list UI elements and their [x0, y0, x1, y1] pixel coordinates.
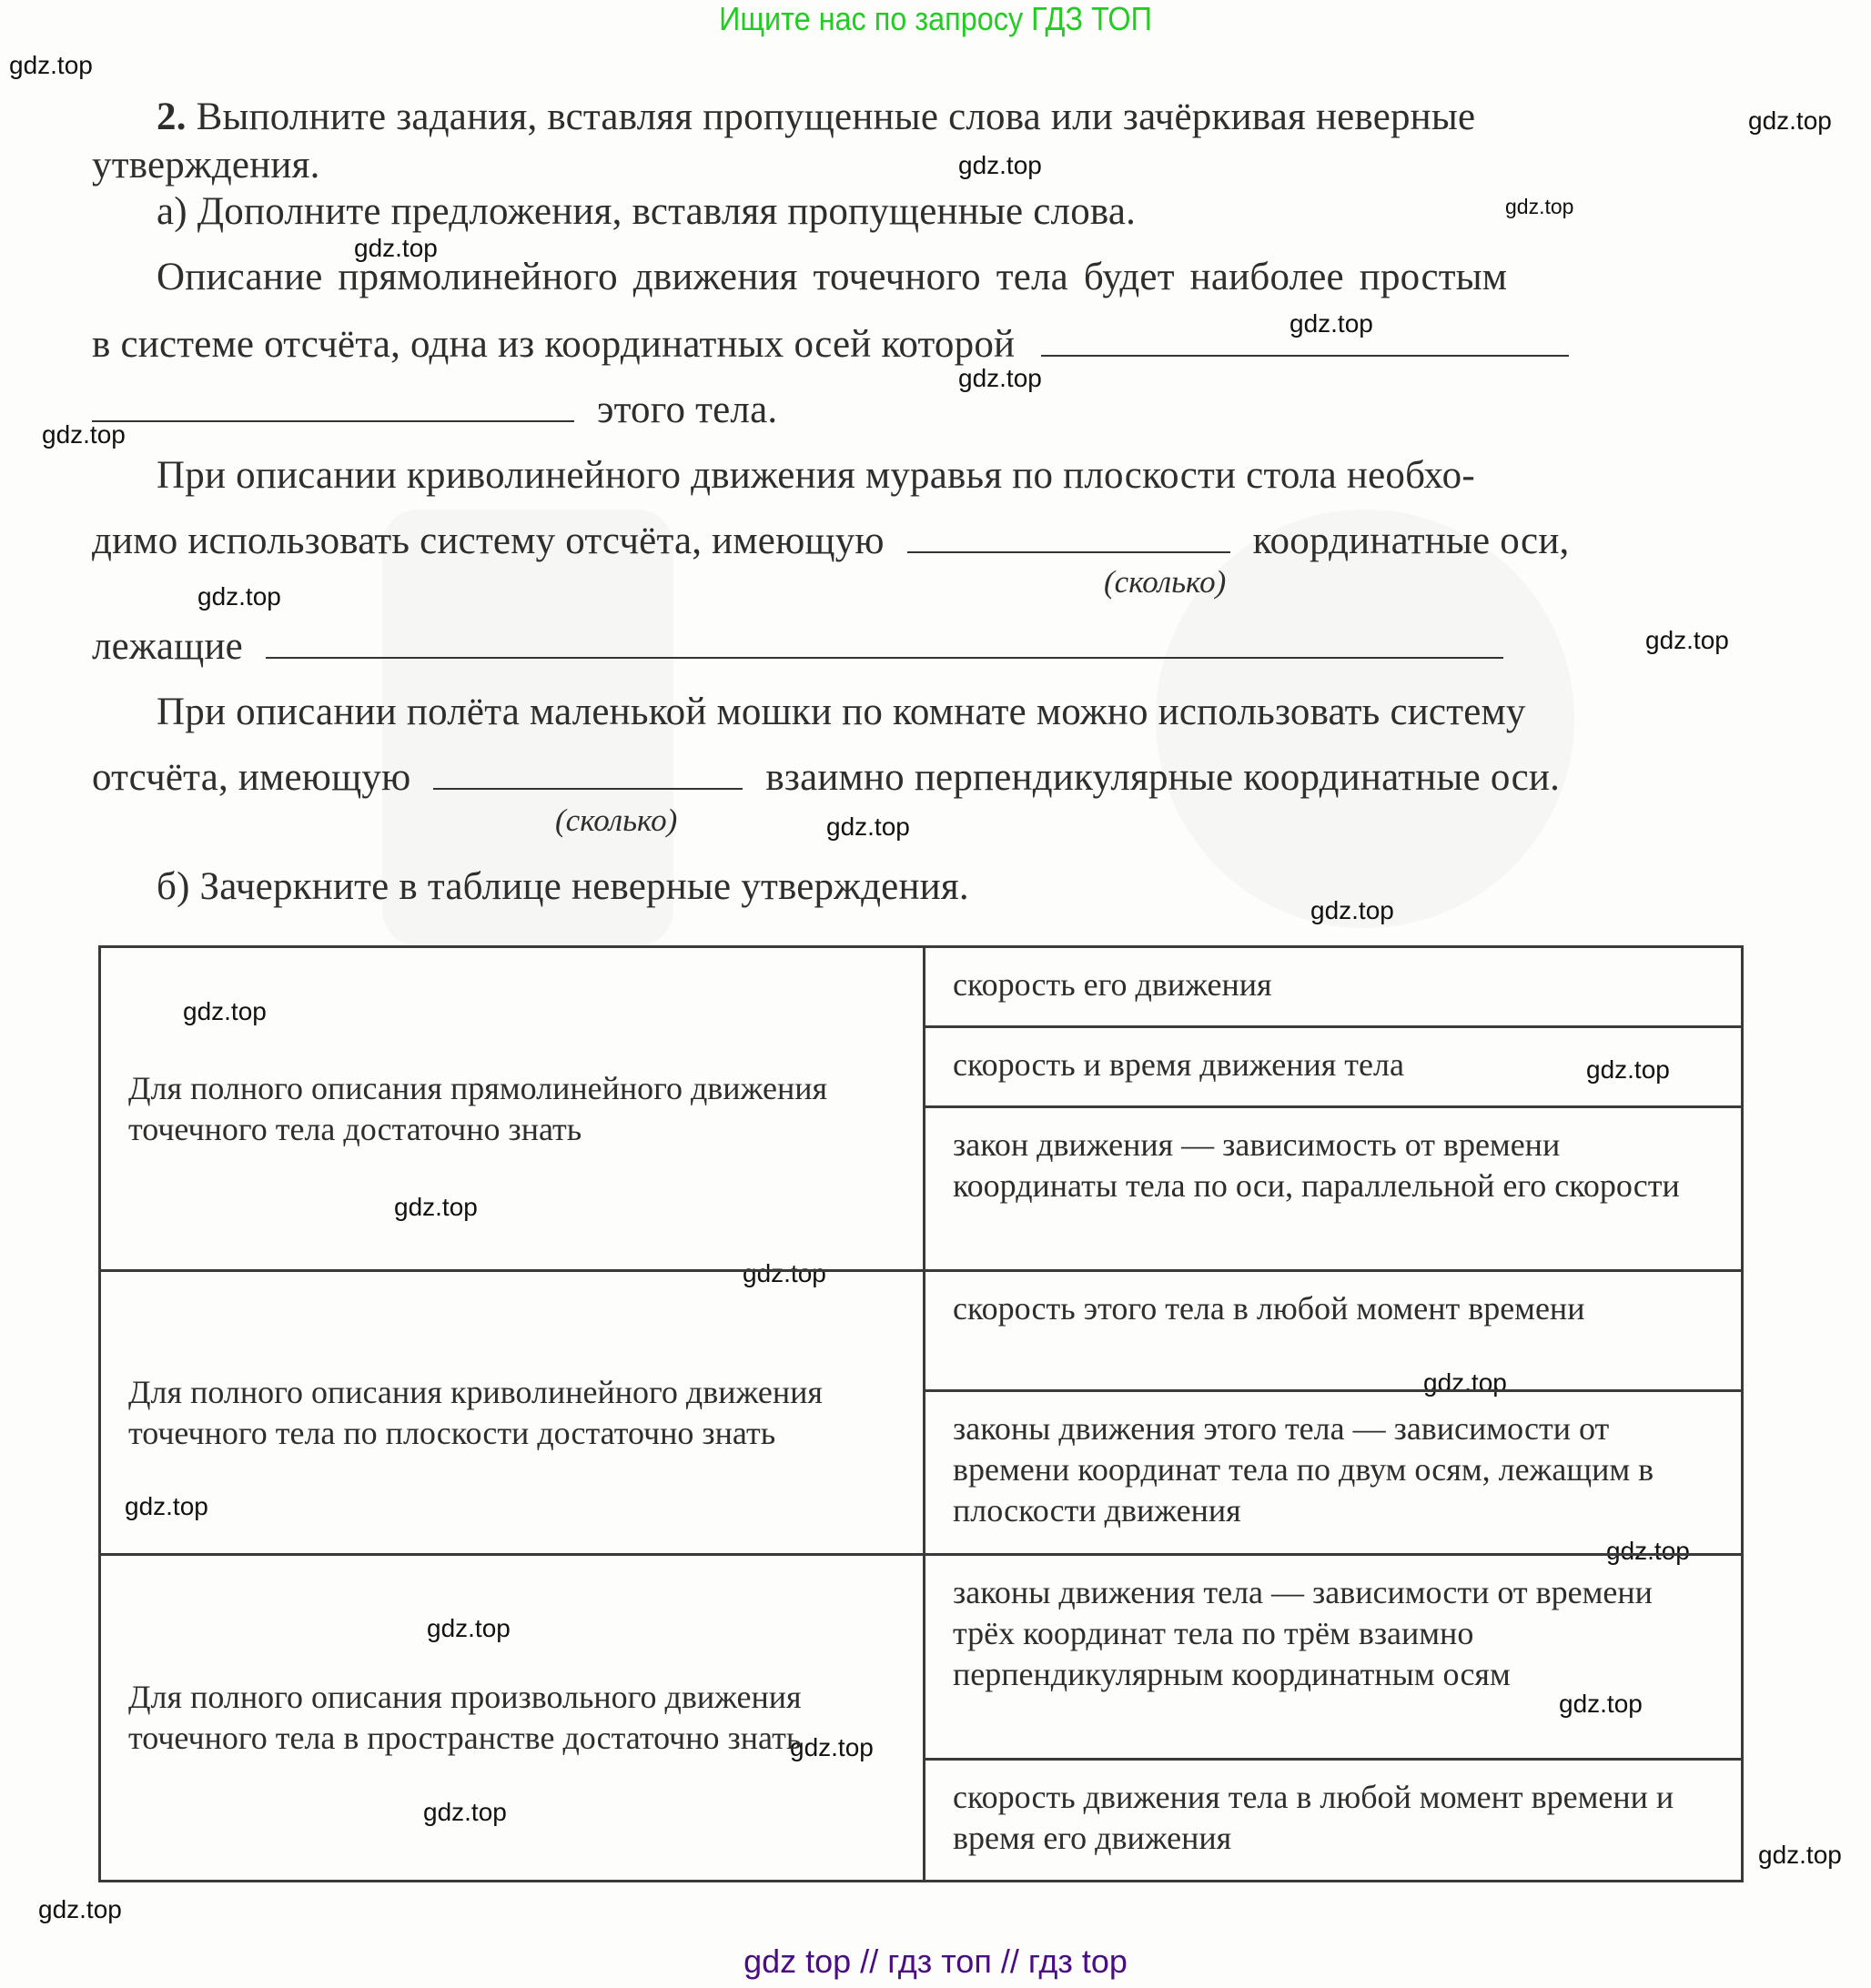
answer-blank[interactable] — [266, 656, 1503, 659]
answer-blank[interactable] — [92, 419, 574, 422]
watermark: gdz.top — [958, 151, 1042, 180]
answer-blank-count[interactable] — [433, 787, 743, 790]
watermark: gdz.top — [1748, 106, 1832, 136]
footer-banner[interactable]: gdz top // гдз топ // гдз top — [0, 1943, 1871, 1981]
option-cell[interactable]: скорость и время движения тела — [925, 1027, 1743, 1107]
watermark: gdz.top — [826, 812, 910, 842]
answer-blank-count[interactable] — [907, 550, 1230, 553]
answer-blank[interactable] — [1041, 354, 1569, 357]
watermark: gdz.top — [1505, 195, 1573, 219]
watermark: gdz.top — [1310, 896, 1394, 925]
option-cell[interactable]: скорость его движения — [925, 947, 1743, 1027]
paragraph-2-line-2: димо использовать систему отсчёта, имеющ… — [92, 519, 1570, 563]
part-b-heading: б) Зачеркните в таблице неверные утвержд… — [157, 864, 969, 909]
watermark: gdz.top — [1758, 1841, 1842, 1870]
paragraph-3-line-1: При описании полёта маленькой мошки по к… — [157, 690, 1526, 734]
paragraph-1-line-1: Описание прямолинейного движения точечно… — [157, 255, 1507, 299]
watermark: gdz.top — [197, 582, 281, 611]
paragraph-2-text-b: координатные оси, — [1253, 520, 1570, 562]
paragraph-2-line-3: лежащие — [92, 624, 1503, 669]
statement-cell: Для полного описания криволинейного движ… — [100, 1271, 925, 1555]
statement-cell: Для полного описания прямолинейного движ… — [100, 947, 925, 1271]
paragraph-3-text: отсчёта, имеющую — [92, 756, 410, 799]
hint-how-many: (сколько) — [555, 802, 677, 839]
task-title-line2: утверждения. — [92, 143, 320, 187]
statements-table: Для полного описания прямолинейного движ… — [98, 945, 1744, 1882]
search-banner[interactable]: Ищите нас по запросу ГДЗ ТОП — [94, 0, 1777, 38]
paragraph-1-text: в системе отсчёта, одна из координатных … — [92, 323, 1015, 366]
option-cell[interactable]: закон движения — зависимость от времени … — [925, 1107, 1743, 1271]
paragraph-3-text-b: взаимно перпендикулярные координатные ос… — [765, 756, 1560, 799]
hint-how-many: (сколько) — [1104, 564, 1226, 600]
paragraph-2-text: димо использовать систему отсчёта, имеющ… — [92, 520, 885, 562]
paragraph-3-line-2: отсчёта, имеющую взаимно перпендикулярны… — [92, 755, 1560, 800]
option-cell[interactable]: скорость этого тела в любой момент време… — [925, 1271, 1743, 1391]
paragraph-1-line-3: этого тела. — [92, 388, 777, 432]
part-a-heading: а) Дополните предложения, вставляя пропу… — [157, 189, 1136, 234]
watermark: gdz.top — [9, 51, 93, 80]
task-title-text: Выполните задания, вставляя пропущенные … — [197, 96, 1476, 138]
watermark: gdz.top — [1645, 626, 1729, 655]
statement-cell: Для полного описания произвольного движе… — [100, 1555, 925, 1882]
watermark: gdz.top — [958, 364, 1042, 393]
paragraph-1-end: этого тела. — [597, 389, 777, 431]
paragraph-2-lying: лежащие — [92, 625, 243, 668]
watermark: gdz.top — [38, 1895, 122, 1924]
paragraph-1-line-2: в системе отсчёта, одна из координатных … — [92, 322, 1569, 367]
option-cell[interactable]: скорость движения тела в любой момент вр… — [925, 1760, 1743, 1882]
task-number: 2. — [157, 96, 187, 138]
task-title: 2. Выполните задания, вставляя пропущенн… — [157, 95, 1475, 139]
option-cell[interactable]: законы движения тела — зависимости от вр… — [925, 1555, 1743, 1760]
paragraph-2-line-1: При описании криволинейного движения мур… — [157, 453, 1475, 498]
option-cell[interactable]: законы движения этого тела — зависимости… — [925, 1391, 1743, 1555]
